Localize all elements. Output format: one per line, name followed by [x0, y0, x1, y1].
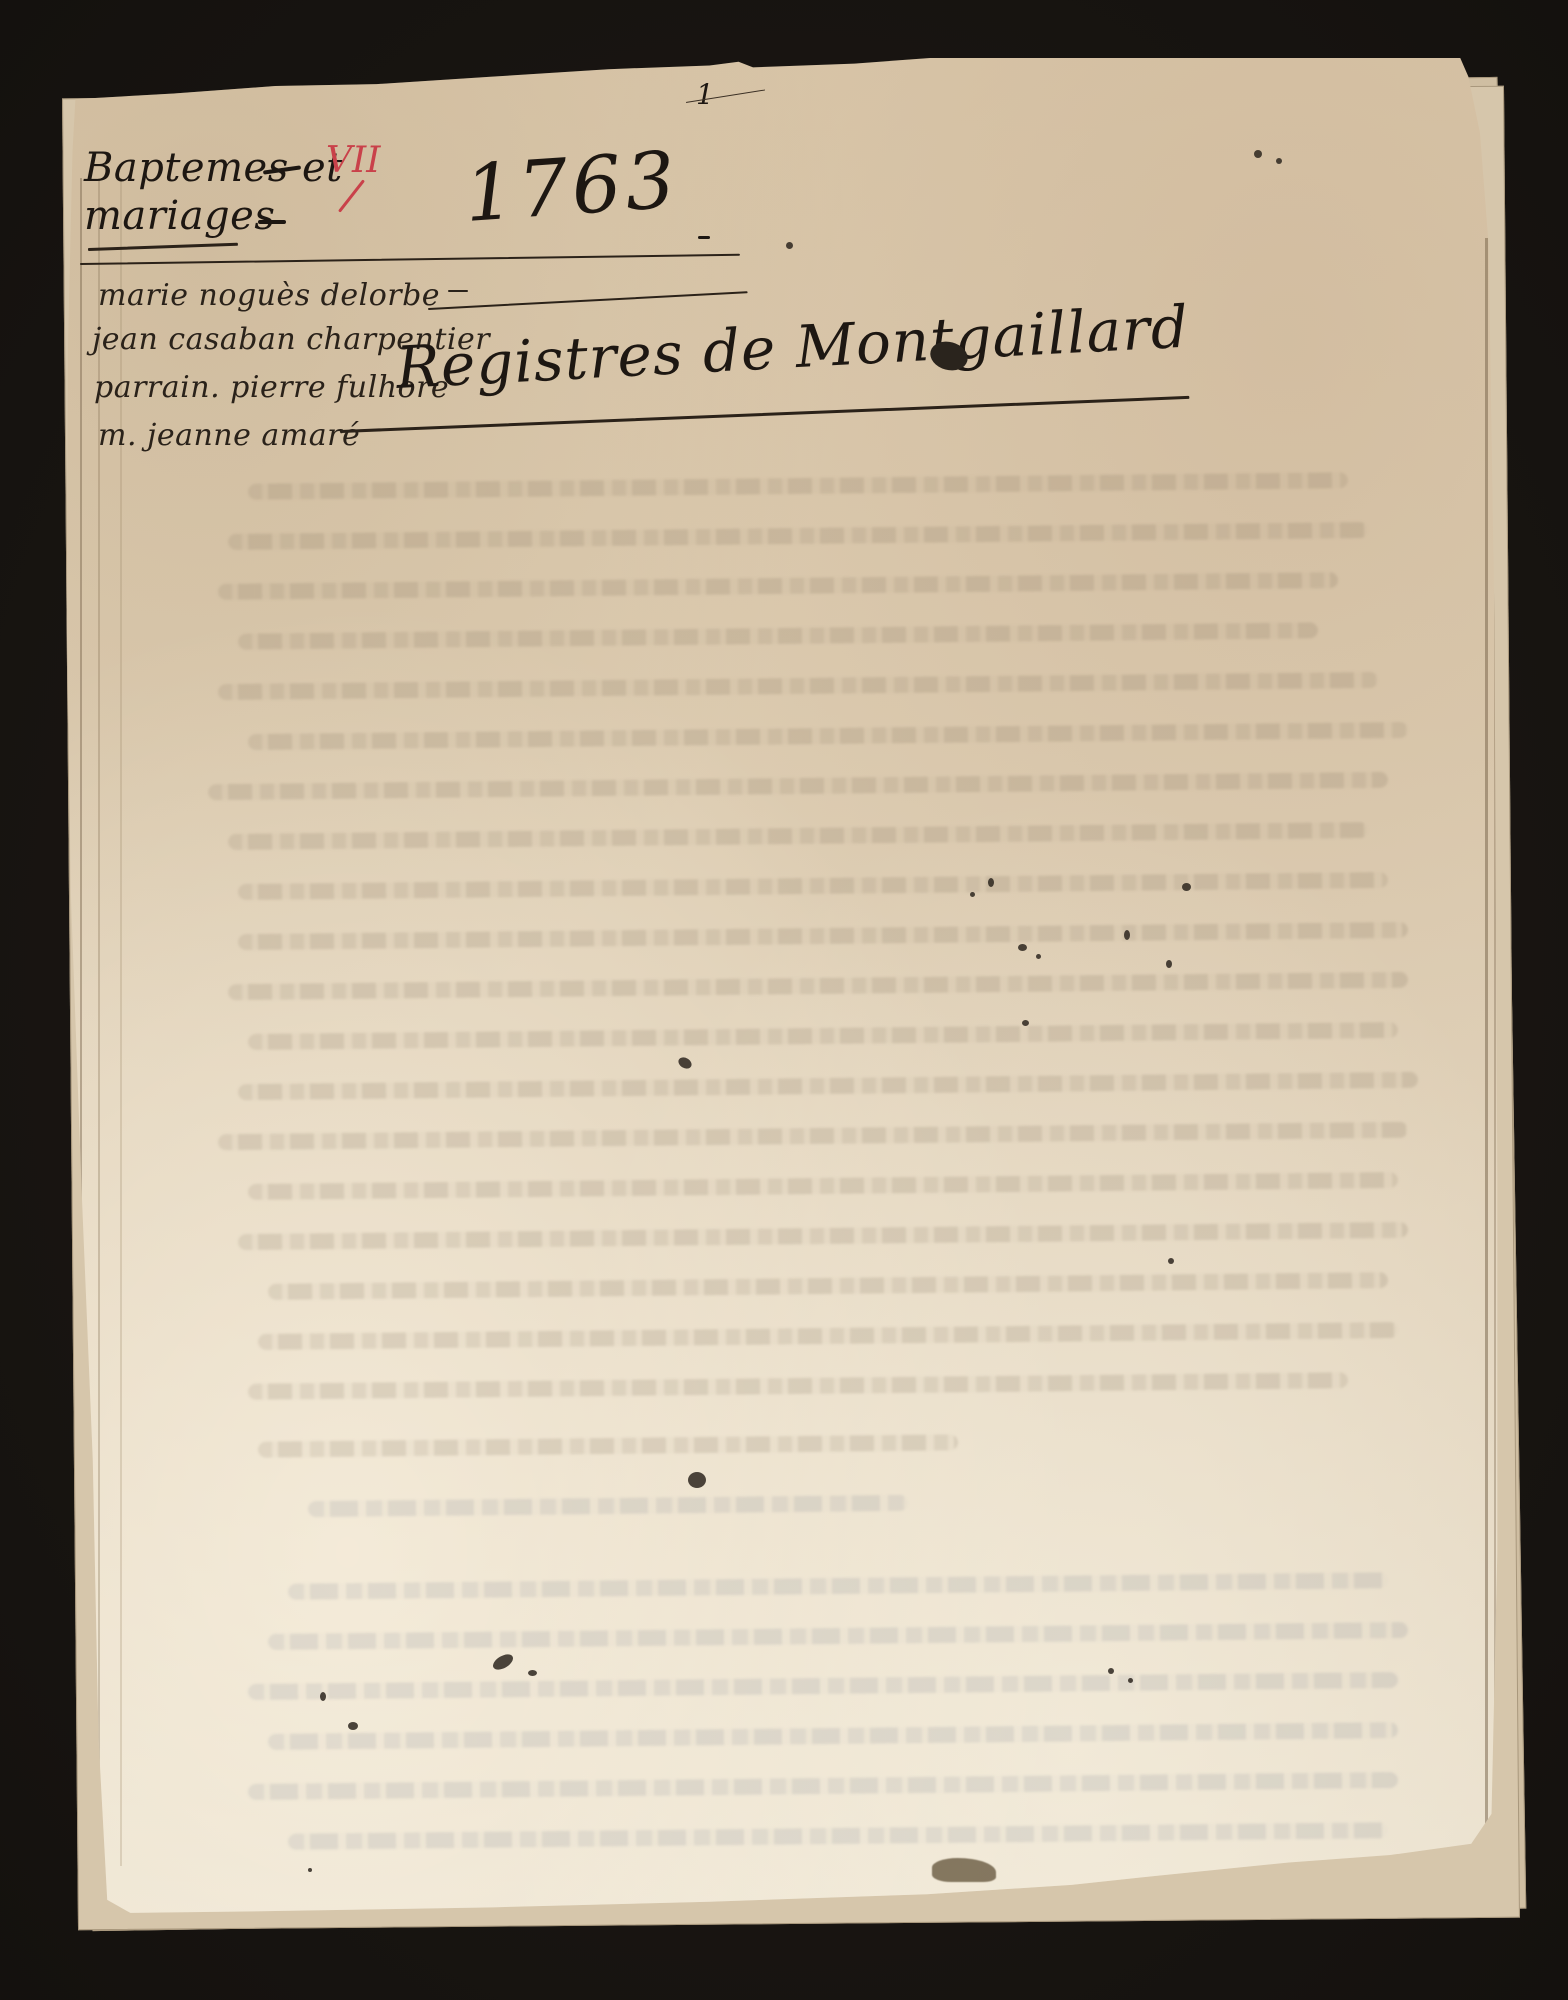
ink-spot: [970, 892, 975, 897]
ink-spot: [1168, 1258, 1174, 1264]
bleed-line: [288, 1572, 1388, 1600]
bleed-line: [248, 1772, 1398, 1800]
bleed-line: [248, 1022, 1398, 1050]
bleed-line: [248, 722, 1408, 750]
bleed-line: [228, 972, 1408, 1000]
ink-spot: [786, 242, 793, 249]
name-entry: marie noguès delorbe: [98, 274, 440, 318]
ink-spot: [320, 1692, 326, 1701]
ink-spot: [988, 878, 994, 887]
register-title: Registres de Montgaillard: [394, 293, 1190, 402]
ink-spot: [1276, 158, 1282, 164]
bleed-line: [238, 872, 1388, 900]
name-entry: m. jeanne amaré: [98, 414, 360, 458]
register-year: 1763: [462, 135, 682, 240]
separator-rule: [80, 254, 740, 265]
ink-spot: [1018, 944, 1027, 951]
water-stain: [932, 1858, 996, 1882]
bleed-line: [268, 1272, 1388, 1300]
bleed-line: [268, 1722, 1398, 1750]
ink-spot: [1128, 1678, 1133, 1683]
bleed-line: [228, 822, 1368, 850]
bleed-line: [248, 472, 1348, 500]
ink-spot: [688, 1472, 706, 1488]
scan-background: 1 Baptemes et mariages VII 1763 marie no…: [0, 0, 1568, 2000]
bleed-line: [208, 772, 1388, 800]
bleed-line: [248, 1172, 1398, 1200]
ink-spot: [308, 1868, 312, 1872]
ink-spot: [1036, 954, 1041, 959]
bleed-line: [238, 1072, 1418, 1100]
bleed-line: [248, 1372, 1348, 1400]
bleed-line: [238, 922, 1408, 950]
bleed-line: [248, 1672, 1398, 1700]
title-underline: [340, 396, 1189, 433]
category-underline: [88, 243, 238, 251]
bleed-line: [238, 1222, 1408, 1250]
separator-rule: [428, 291, 748, 309]
ink-spot: [528, 1670, 537, 1676]
manuscript-page: 1 Baptemes et mariages VII 1763 marie no…: [58, 58, 1506, 1926]
year-dash: [698, 236, 710, 239]
bleed-line: [218, 572, 1338, 600]
ink-spot: [1182, 883, 1191, 891]
ink-spot: [1254, 150, 1262, 158]
ink-spot: [1166, 960, 1172, 968]
bleed-line: [268, 1622, 1408, 1650]
page-number: 1: [696, 78, 714, 111]
bleed-line: [218, 672, 1378, 700]
bleed-line: [258, 1434, 958, 1457]
name-dash: [448, 290, 468, 292]
red-annotation: VII: [326, 140, 380, 181]
bleed-through-text: [208, 478, 1386, 1846]
ink-spot: [676, 1055, 693, 1071]
bleed-line: [288, 1822, 1388, 1850]
ink-spot: [1022, 1020, 1029, 1026]
register-category-line2: mariages: [84, 194, 275, 238]
ink-spot: [490, 1651, 515, 1672]
ink-spot: [1108, 1668, 1114, 1674]
bleed-line: [308, 1495, 908, 1517]
bleed-line: [218, 1122, 1408, 1150]
page-edge-fold: [1485, 238, 1488, 1836]
ink-spot: [348, 1722, 358, 1730]
bleed-line: [228, 522, 1368, 550]
ink-spot: [1124, 930, 1130, 940]
bleed-line: [238, 622, 1318, 649]
category-dash: [258, 220, 286, 224]
register-category-line1: Baptemes et: [84, 146, 343, 190]
bleed-line: [258, 1322, 1398, 1350]
